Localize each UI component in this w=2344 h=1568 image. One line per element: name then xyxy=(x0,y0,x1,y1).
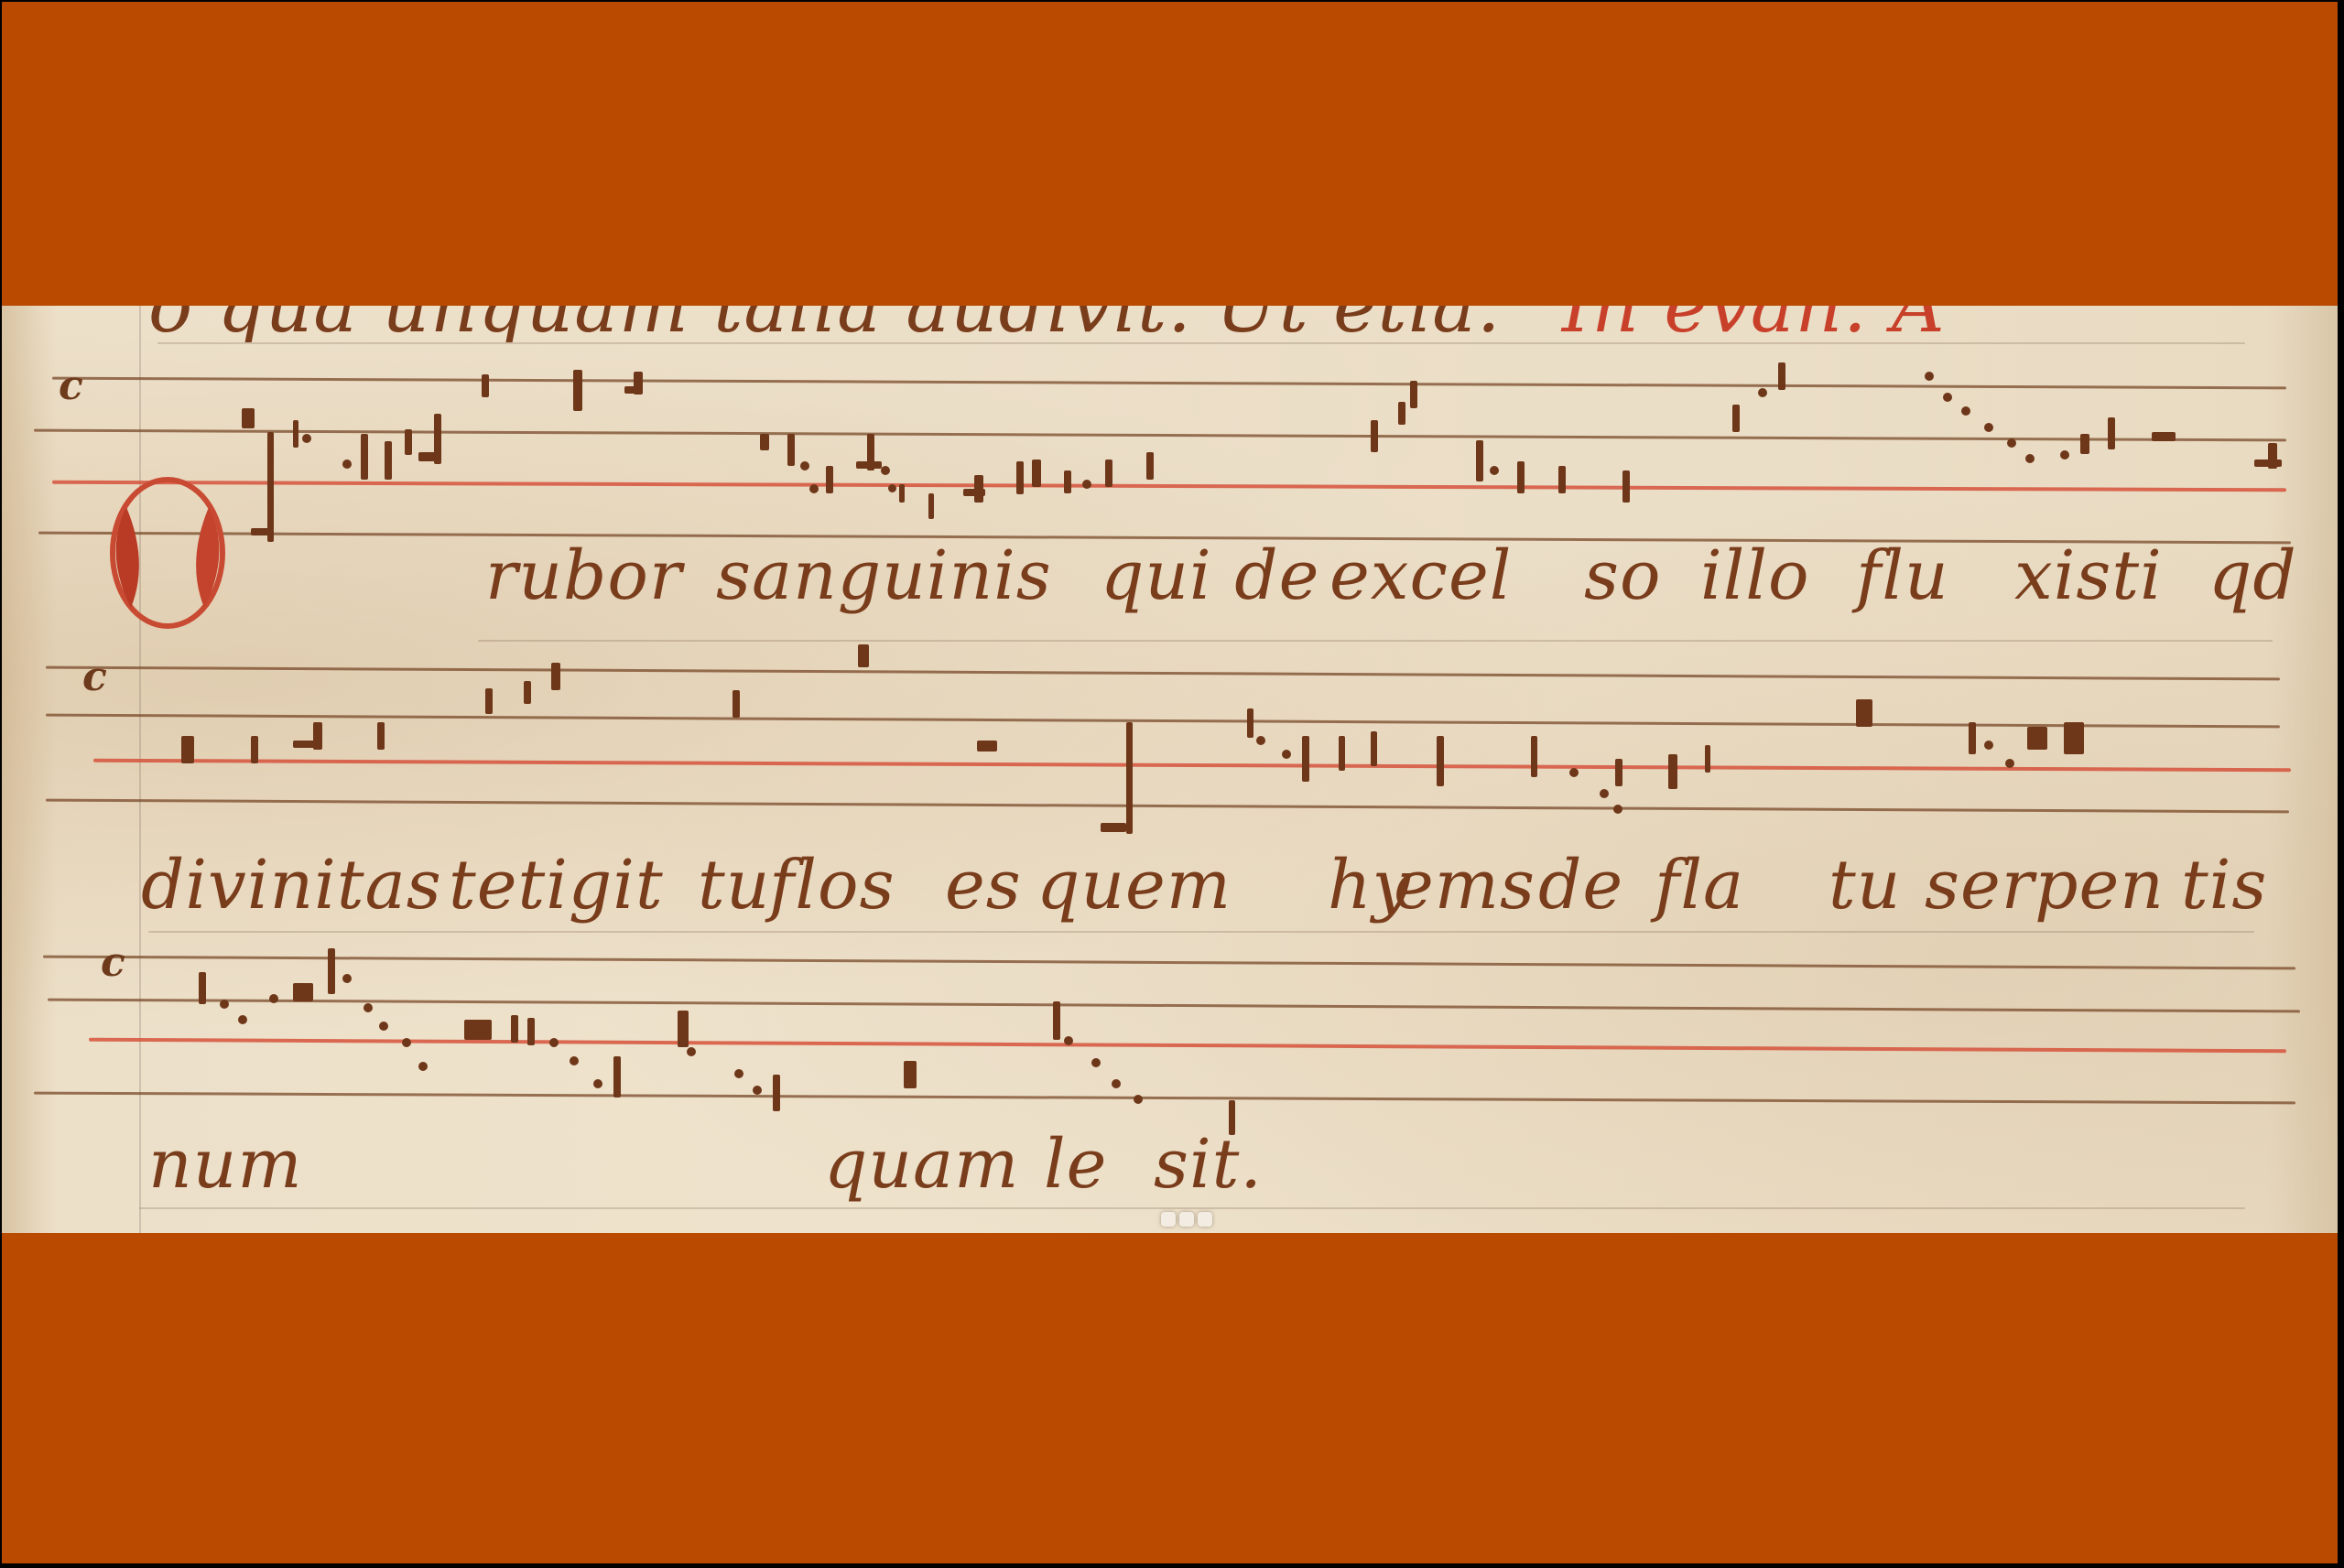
lyric-syllable: qd xyxy=(2208,536,2297,615)
lyric-syllable: flos xyxy=(769,846,895,925)
image-viewer: o qua unquam talia audivit. Ut etia. In … xyxy=(2,2,2338,1563)
lyric-syllable: illo xyxy=(1700,536,1810,615)
lyric-syllable: tis xyxy=(2181,846,2267,925)
rubric-text: In evan. A xyxy=(1562,306,1946,342)
lyric-syllable: le xyxy=(1044,1125,1107,1204)
lyrics-line-1: rubor sanguinis qui de excel so illo flu… xyxy=(2,536,2338,628)
lyric-syllable: excel xyxy=(1329,536,1512,615)
lyric-syllable: sit. xyxy=(1154,1125,1263,1204)
lyric-syllable: sanguinis xyxy=(716,536,1052,615)
lyric-syllable: flu xyxy=(1856,536,1949,615)
lyric-syllable: tu xyxy=(1829,846,1901,925)
c-clef-icon: c xyxy=(101,939,125,986)
text-ruling xyxy=(157,342,2245,344)
lyrics-line-2: divinitas tetigit tu flos es quem hy ems… xyxy=(2,846,2338,937)
lyric-syllable: rubor xyxy=(485,536,682,615)
dot-icon xyxy=(1198,1212,1212,1227)
lyric-syllable: xisti xyxy=(2014,536,2163,615)
lyric-syllable: es xyxy=(945,846,1022,925)
c-clef-icon: c xyxy=(59,362,83,409)
lyric-syllable: tetigit xyxy=(449,846,664,925)
lyric-text: o qua unquam talia audivit. Ut etia. xyxy=(148,306,1501,342)
lyric-syllable: num xyxy=(148,1125,303,1204)
lyric-syllable: qui de xyxy=(1101,536,1319,615)
lyric-syllable: so xyxy=(1584,536,1662,615)
c-clef-icon: c xyxy=(82,654,107,700)
lyric-syllable: serpen xyxy=(1925,846,2165,925)
lyric-syllable: quam xyxy=(824,1125,1019,1204)
lyric-syllable: quem xyxy=(1036,846,1232,925)
more-options-button[interactable] xyxy=(1161,1212,1212,1227)
cut-off-text-line: o qua unquam talia audivit. Ut etia. In … xyxy=(2,306,2338,342)
lyric-syllable: divinitas xyxy=(141,846,442,925)
lyric-syllable: ems xyxy=(1394,846,1536,925)
dot-icon xyxy=(1179,1212,1194,1227)
lyric-syllable: de xyxy=(1538,846,1623,925)
dot-icon xyxy=(1161,1212,1176,1227)
lyric-syllable: tu xyxy=(698,846,770,925)
lyric-syllable: fla xyxy=(1655,846,1744,925)
manuscript-image[interactable]: o qua unquam talia audivit. Ut etia. In … xyxy=(2,306,2338,1233)
lyrics-line-3: num quam le sit. xyxy=(2,1125,2338,1217)
